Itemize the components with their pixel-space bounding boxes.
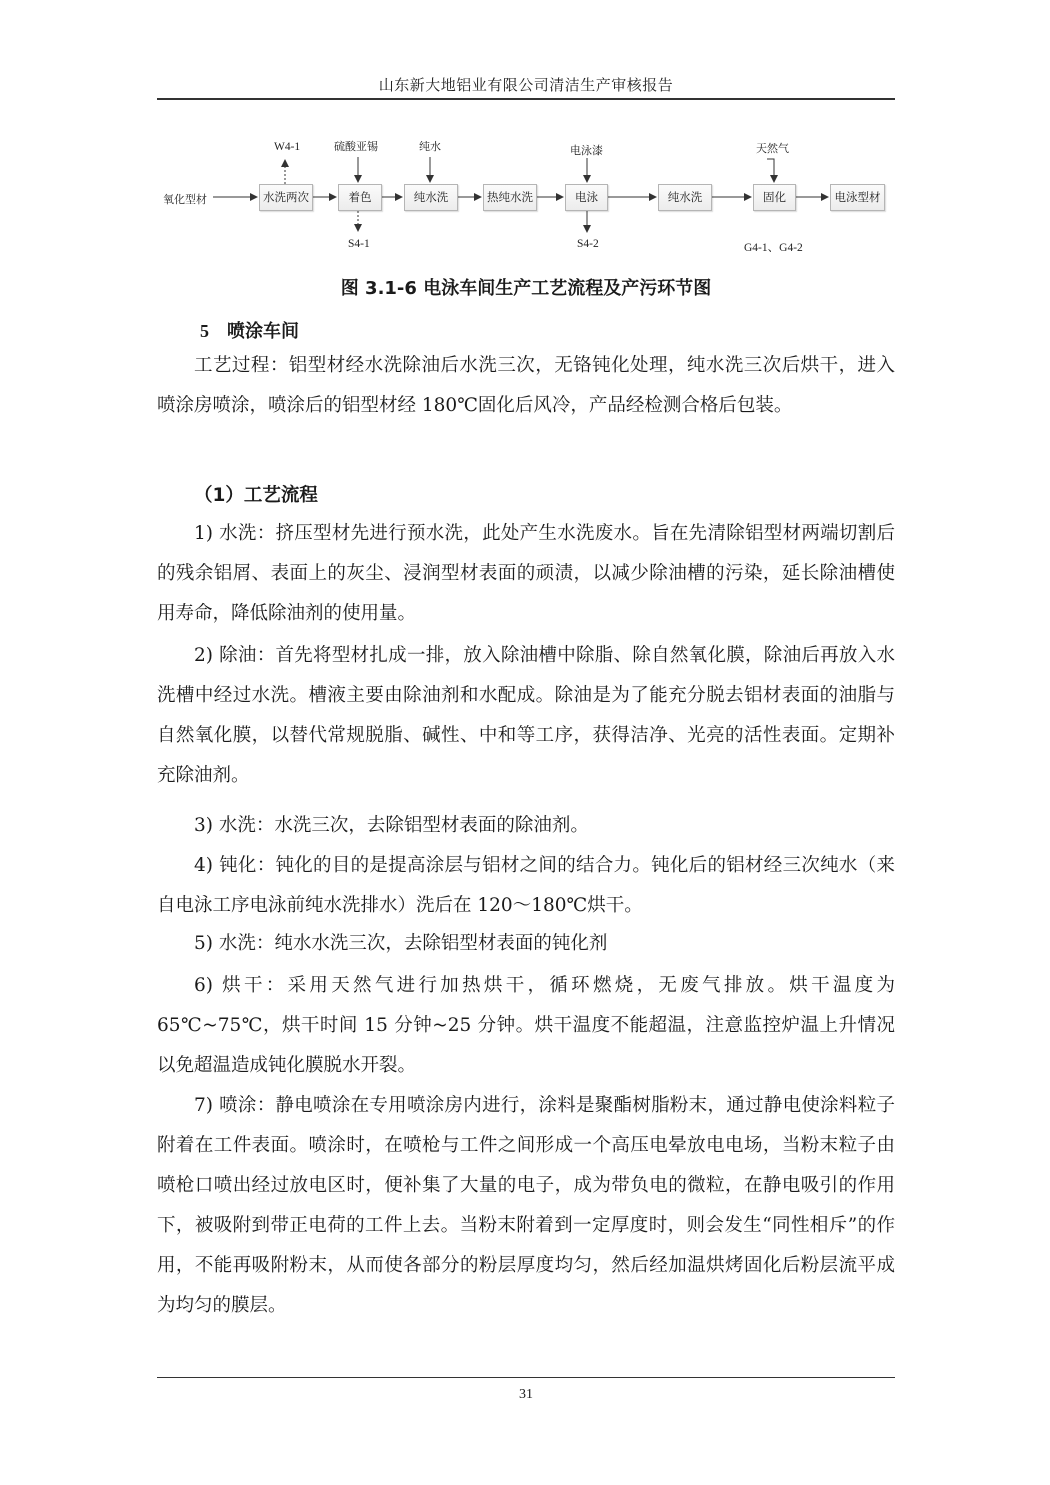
label-pure-water: 纯水 [419,138,441,154]
step-box-hot-pure-water-rinse: 热纯水洗 [483,184,537,211]
label-s4-1: S4-1 [348,238,370,250]
step-paragraph-2: 2) 除油：首先将型材扎成一排，放入除油槽中除脂、除自然氧化膜，除油后再放入水洗… [157,636,895,796]
step-paragraph-5: 5) 水洗：纯水水洗三次，去除铝型材表面的钝化剂 [157,924,895,964]
page-number: 31 [157,1387,895,1403]
label-natural-gas: 天然气 [756,140,789,156]
step-paragraph-7: 7) 喷涂：静电喷涂在专用喷涂房内进行，涂料是聚酯树脂粉末，通过静电使涂料粒子附… [157,1086,895,1326]
section-heading: 5喷涂车间 [200,317,299,343]
step-box-coloring: 着色 [338,184,382,211]
step-paragraph-3: 3) 水洗：水洗三次，去除铝型材表面的除油剂。 [157,806,895,846]
step-box-product: 电泳型材 [830,184,885,211]
section-title: 喷涂车间 [227,321,299,342]
step-paragraph-1: 1) 水洗：挤压型材先进行预水洗，此处产生水洗废水。旨在先清除铝型材两端切割后的… [157,514,895,634]
subheading-process-flow: （1）工艺流程 [194,481,318,507]
step-box-curing: 固化 [753,184,796,211]
figure-caption: 图 3.1-6 电泳车间生产工艺流程及产污环节图 [157,274,895,300]
intro-paragraph: 工艺过程：铝型材经水洗除油后水洗三次，无铬钝化处理，纯水洗三次后烘干，进入喷涂房… [157,346,895,426]
label-stannous-sulfate: 硫酸亚锡 [334,138,378,154]
step-paragraph-6: 6) 烘干：采用天然气进行加热烘干，循环燃烧，无废气排放。烘干温度为 65℃~7… [157,966,895,1086]
input-label: 氧化型材 [163,191,207,207]
process-flow-diagram: 氧化型材 水洗两次 着色 纯水洗 热纯水洗 电泳 纯水洗 固化 电泳型材 W4-… [0,0,1050,270]
step-box-pure-water-rinse-2: 纯水洗 [658,184,712,211]
label-w4-1: W4-1 [274,141,300,153]
label-g4: G4-1、G4-2 [744,239,803,255]
label-s4-2: S4-2 [577,238,599,250]
footer-rule [157,1377,895,1378]
step-paragraph-4: 4) 钝化：钝化的目的是提高涂层与铝材之间的结合力。钝化后的铝材经三次纯水（来自… [157,846,895,926]
step-box-electrophoresis: 电泳 [565,184,608,211]
step-box-rinse-twice: 水洗两次 [259,184,313,211]
flow-arrows [0,0,1050,270]
label-e-paint: 电泳漆 [570,142,603,158]
section-number: 5 [200,321,209,341]
step-box-pure-water-rinse: 纯水洗 [404,184,458,211]
